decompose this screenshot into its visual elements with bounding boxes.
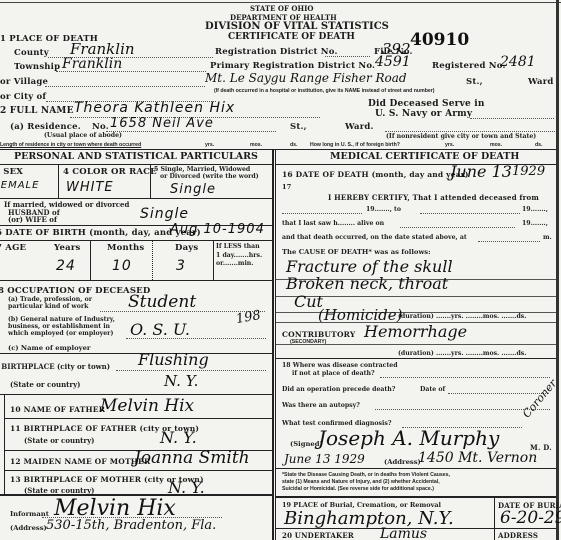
personal-heading: PERSONAL AND STATISTICAL PARTICULARS [14, 151, 258, 162]
last-saw-line [400, 227, 515, 228]
length-yrs: yrs. [205, 142, 214, 148]
where-label-2: if not at place of death? [292, 370, 375, 377]
file-number: 40910 [410, 30, 469, 50]
registered-no-value: 2481 [500, 54, 536, 70]
served-line [470, 118, 554, 119]
divider [276, 468, 556, 469]
divider [90, 240, 91, 280]
served-label-2: U. S. Navy or Army [375, 109, 472, 119]
occurred-line [478, 241, 540, 242]
residence-st-label: St., [290, 122, 307, 132]
attend-19b: 19......., [522, 206, 548, 213]
divider [0, 280, 272, 281]
father-state-label: (State or country) [24, 436, 94, 445]
mother-label: 12 MAIDEN NAME OF MOTHER [10, 457, 150, 466]
divider [0, 164, 272, 165]
nonresident-label: (If nonresident give city or town and St… [386, 133, 536, 140]
less-label-3: or.......min. [216, 260, 253, 267]
father-state-value: N. Y. [160, 428, 197, 447]
usual-abode-label: (Usual place of abode) [44, 132, 122, 139]
signed-value: Joseph A. Murphy [318, 426, 499, 450]
birthplace-state-value: N. Y. [164, 372, 198, 390]
place-value: Mt. Le Saygu Range Fisher Road [205, 71, 407, 85]
city-label: or City of [0, 92, 46, 102]
medical-heading: MEDICAL CERTIFICATE OF DEATH [330, 151, 519, 162]
divider [4, 418, 272, 419]
header-division: DIVISION OF VITAL STATISTICS [205, 21, 389, 32]
occ-a-label-2: particular kind of work [8, 303, 88, 310]
divider [0, 149, 556, 150]
birthplace-label: 9 BIRTHPLACE (city or town) [0, 362, 110, 371]
served-label-1: Did Deceased Serve in [368, 99, 485, 109]
village-label: or Village [0, 77, 48, 87]
undertaker-label: 20 UNDERTAKER [282, 531, 354, 540]
residence-ward-label: Ward. [345, 122, 374, 132]
age-label: 7 AGE [0, 243, 26, 253]
footnote-1: *State the Disease Causing Death, or in … [282, 472, 450, 478]
header-title: CERTIFICATE OF DEATH [228, 32, 355, 42]
last-saw-text: that I last saw h........ alive on [282, 220, 384, 227]
county-label: County [14, 48, 49, 58]
father-label: 10 NAME OF FATHER [10, 405, 105, 414]
coroner-note: Coroner [520, 377, 559, 420]
right-border [556, 0, 559, 540]
divider [4, 394, 5, 494]
divider [0, 240, 272, 241]
residence-line [106, 131, 276, 132]
days-label: Days [175, 243, 198, 253]
village-line [45, 86, 205, 87]
attend-from-line [282, 213, 362, 214]
age-years-value: 24 [56, 258, 76, 274]
foreign-birth-label: How long in U. S., if of foreign birth? [310, 142, 400, 148]
mother-value: Joanna Smith [134, 448, 250, 468]
divider [494, 498, 495, 540]
foreign-ds: ds. [535, 142, 543, 148]
footnote-3: Suicidal or Homicidal. (See reverse side… [282, 486, 434, 492]
marital-value: Single [170, 182, 216, 197]
occurred-m: m. [543, 234, 552, 241]
divider [213, 240, 214, 280]
primary-registration-value: 4591 [375, 54, 411, 70]
undertaker-address-label: ADDRESS [498, 531, 538, 540]
birthplace-line [116, 370, 266, 371]
attend-19a: 19......., to [366, 206, 401, 213]
occ-b-label-2: business, or establishment in [8, 323, 110, 330]
divider [0, 353, 272, 354]
foreign-mos: mos. [490, 142, 502, 148]
where-line [380, 377, 550, 378]
less-label-2: 1 day.......hrs. [216, 252, 262, 259]
divider [150, 164, 151, 198]
informant-address-value: 530-15th, Bradenton, Fla. [46, 518, 216, 533]
father-value: Melvin Hix [100, 396, 194, 416]
divider [152, 240, 154, 280]
birthplace-value: Flushing [138, 350, 209, 369]
divider [0, 394, 272, 395]
death-date-value: June 13 [450, 162, 512, 181]
street-label: St., [466, 77, 483, 87]
signed-date: June 13 1929 [284, 452, 365, 466]
length-ds: ds. [290, 142, 298, 148]
death-date-year: 1929 [512, 164, 545, 179]
race-label: 4 COLOR OR RACE [63, 167, 157, 177]
physician-address-label: (Address) [384, 458, 421, 466]
occ-b-label-1: (b) General nature of Industry, [8, 316, 115, 323]
length-mos: mos. [250, 142, 262, 148]
full-name-label: 2 FULL NAME [0, 106, 74, 116]
autopsy-label: Was there an autopsy? [282, 402, 360, 409]
divider [0, 198, 272, 199]
primary-registration-label: Primary Registration District No. [210, 61, 375, 71]
divider [58, 164, 59, 198]
operation-date-label: Date of [420, 386, 445, 393]
age-months-value: 10 [112, 258, 132, 274]
informant-address-label: (Address) [10, 524, 47, 532]
header-state: STATE OF OHIO [250, 4, 314, 13]
last-saw-19: 19......., [522, 220, 548, 227]
length-residence-label: Length of residence in city or town wher… [0, 142, 141, 148]
duration-1: (duration) .......yrs. ........mos. ....… [398, 313, 526, 320]
foreign-yrs: yrs. [445, 142, 454, 148]
occ-a-value: Student [128, 292, 196, 312]
spouse-label-3: (or) WIFE of [8, 215, 57, 224]
residence-ward-line [385, 131, 555, 132]
death-certificate: STATE OF OHIO DEPARTMENT OF HEALTH DIVIS… [0, 0, 561, 540]
birthplace-state-label: (State or country) [10, 380, 80, 389]
marital-label-1: 5 Single, Married, Widowed [154, 166, 250, 173]
contributory-label: CONTRIBUTORY [282, 330, 355, 339]
physician-address-value: 1450 Mt. Vernon [418, 450, 537, 466]
occ-b-value: O. S. U. [130, 320, 190, 339]
duration-2: (duration) .......yrs. ........mos. ....… [398, 350, 526, 357]
months-label: Months [107, 243, 144, 253]
occ-b-note: 198 [235, 308, 262, 327]
divider [276, 344, 556, 345]
top-border [0, 2, 561, 3]
occ-c-label: (c) Name of employer [8, 344, 91, 352]
registration-district-label: Registration District No. [215, 47, 338, 57]
operation-date-line [448, 393, 548, 394]
column-divider [272, 149, 274, 540]
death-date-label: 16 DATE OF DEATH (month, day and year) [282, 170, 469, 179]
item-17: 17 [282, 183, 291, 191]
operation-label: Did an operation precede death? [282, 386, 395, 393]
undertaker-value: Lamus [380, 526, 427, 540]
footnote-2: state (1) Means and Nature of Injury, an… [282, 479, 440, 485]
attend-to-line [420, 213, 520, 214]
divider [4, 470, 272, 471]
less-label-1: If LESS than [216, 243, 260, 250]
race-value: WHITE [66, 180, 114, 195]
cause-label: The CAUSE OF DEATH* was as follows: [282, 248, 431, 256]
township-value: Franklin [62, 56, 122, 72]
residence-value: 1658 Neil Ave [110, 116, 214, 131]
township-label: Township [14, 62, 60, 72]
divider [276, 358, 556, 359]
ward-label: Ward [528, 77, 554, 87]
age-days-value: 3 [176, 258, 186, 274]
burial-date-value: 6-20-29 [500, 508, 561, 528]
certify-text: I HEREBY CERTIFY, That I attended deceas… [328, 193, 539, 202]
marital-label-2: or Divorced (write the word) [160, 173, 259, 180]
occ-b-label-3: which employed (or employer) [8, 330, 113, 337]
spouse-value: Single [140, 206, 189, 222]
cause-line-2: Broken neck, throat [286, 274, 448, 293]
sex-value: FEMALE [0, 180, 39, 191]
divider [276, 496, 556, 498]
burial-place-value: Binghampton, N.Y. [284, 508, 454, 529]
registered-no-label: Registered No. [432, 61, 506, 71]
dob-value: Aug 10-1904 [170, 222, 265, 237]
contributory-value: Hemorrhage [364, 322, 467, 341]
where-label-1: 18 Where was disease contracted [282, 362, 398, 369]
residence-label: (a) Residence. [10, 122, 81, 132]
registration-district-line [325, 56, 370, 57]
occ-a-label-1: (a) Trade, profession, or [8, 296, 92, 303]
sex-label: 3 SEX [0, 167, 23, 177]
full-name-value: Theora Kathleen Hix [74, 100, 235, 116]
years-label: Years [54, 243, 81, 253]
occurred-text: and that death occurred, on the date sta… [282, 234, 467, 241]
hospital-note: (If death occurred in a hospital or inst… [214, 88, 435, 94]
